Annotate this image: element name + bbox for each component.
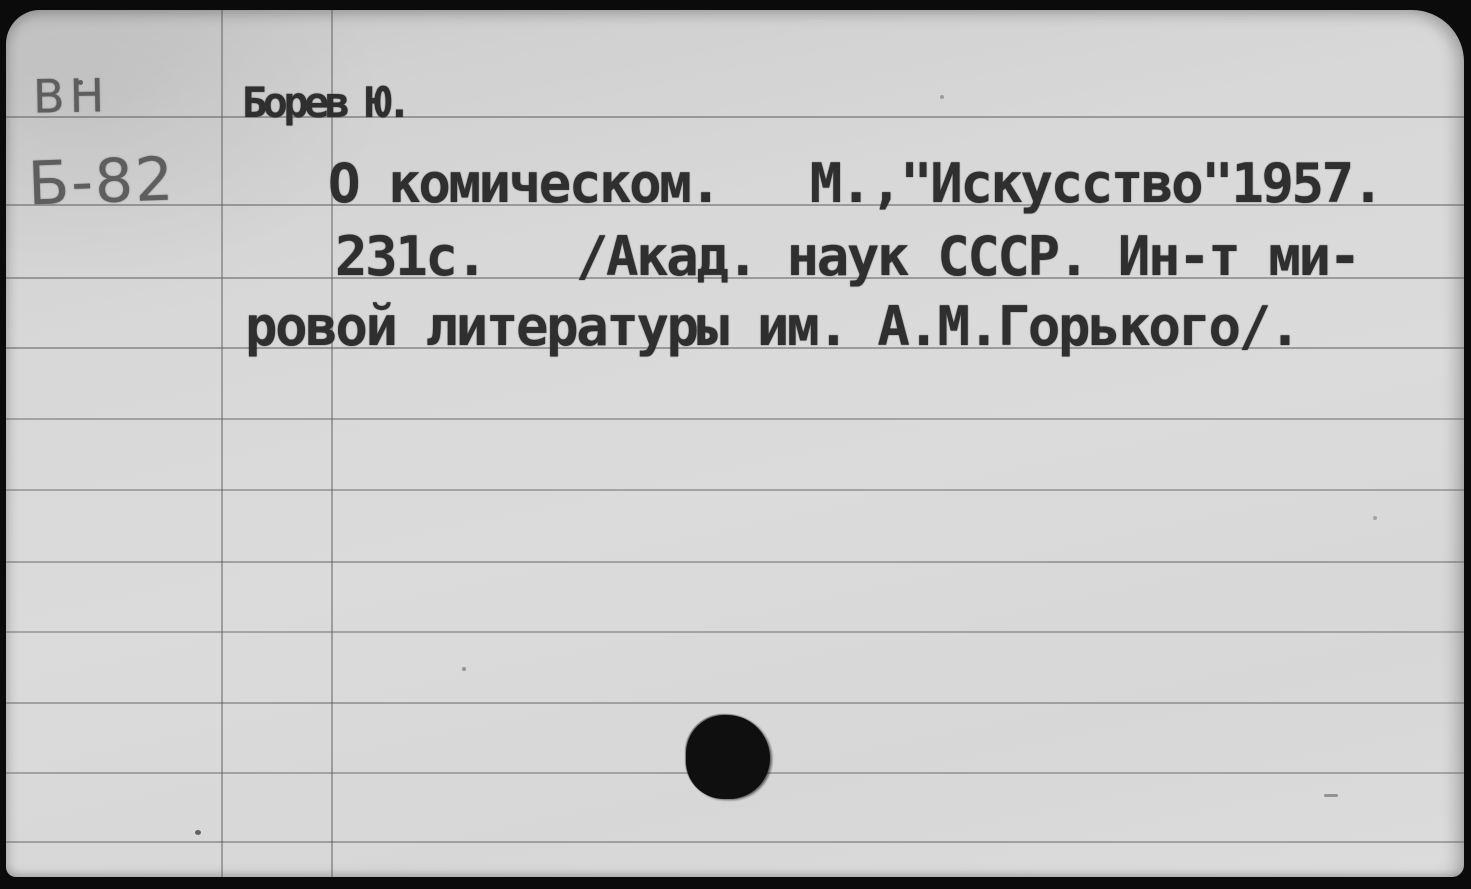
card-surface: ВН Б-82 Борев Ю. О комическом. М.,"Искус… <box>6 10 1464 877</box>
column-divider-line <box>221 10 223 877</box>
speck <box>1324 794 1338 797</box>
ruled-line <box>6 561 1464 563</box>
handwritten-heading-code: ВН <box>33 72 110 119</box>
ruled-line <box>6 418 1464 420</box>
speck <box>462 667 466 671</box>
ruled-line <box>6 116 1464 118</box>
ruled-line <box>6 489 1464 491</box>
ruled-line <box>6 702 1464 704</box>
title-imprint-line: О комическом. М.,"Искусство"1957. <box>328 157 1382 211</box>
speck <box>1373 516 1377 520</box>
collation-line: 231с. /Акад. наук СССР. Ин-т ми- <box>335 230 1359 284</box>
scanned-catalog-card: ВН Б-82 Борев Ю. О комическом. М.,"Искус… <box>0 0 1471 889</box>
ruled-line <box>6 841 1464 843</box>
author-line: Борев Ю. <box>242 82 408 124</box>
handwritten-call-number: Б-82 <box>27 149 176 214</box>
speck <box>195 830 201 835</box>
speck <box>78 80 83 85</box>
institution-continuation-line: ровой литературы им. А.М.Горького/. <box>245 300 1299 354</box>
speck <box>940 95 944 99</box>
punch-hole <box>686 715 770 799</box>
column-divider-line <box>331 10 333 877</box>
ruled-line <box>6 631 1464 633</box>
